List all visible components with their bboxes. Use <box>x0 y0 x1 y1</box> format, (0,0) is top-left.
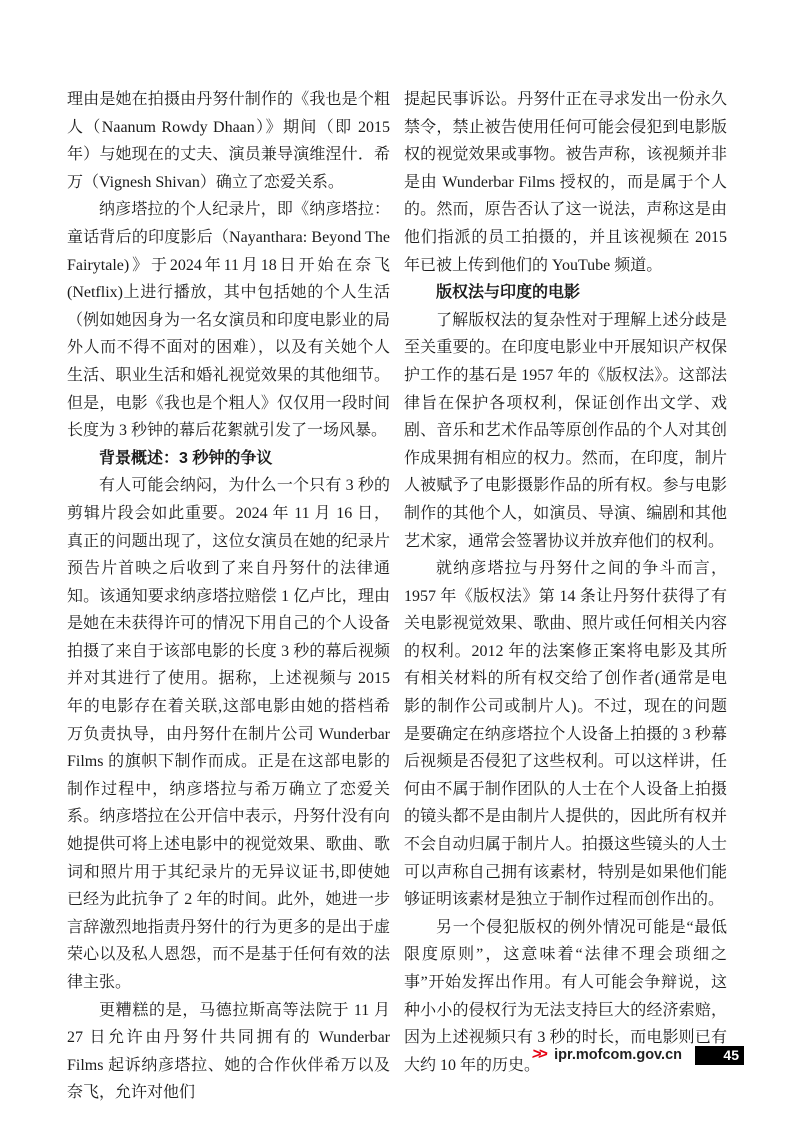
paragraph: 理由是她在拍摄由丹努什制作的《我也是个粗人（Naanum Rowdy Dhaan… <box>67 86 390 196</box>
left-column: 理由是她在拍摄由丹努什制作的《我也是个粗人（Naanum Rowdy Dhaan… <box>67 86 390 1107</box>
section-heading: 版权法与印度的电影 <box>404 279 727 307</box>
paragraph: 更糟糕的是，马德拉斯高等法院于 11 月 27 日允许由丹努什共同拥有的 Wun… <box>67 997 390 1107</box>
document-page-body: 理由是她在拍摄由丹努什制作的《我也是个粗人（Naanum Rowdy Dhaan… <box>67 86 727 1107</box>
double-chevron-right-icon: >> <box>531 1047 546 1063</box>
page-number-badge: 45 <box>695 1046 744 1065</box>
footer-site-url: ipr.mofcom.gov.cn <box>554 1048 682 1063</box>
paragraph: 纳彦塔拉的个人纪录片，即《纳彦塔拉：童话背后的印度影后（Nayanthara: … <box>67 196 390 444</box>
section-heading: 背景概述：3 秒钟的争议 <box>67 445 390 473</box>
paragraph: 了解版权法的复杂性对于理解上述分歧是至关重要的。在印度电影业中开展知识产权保护工… <box>404 307 727 555</box>
right-column: 提起民事诉讼。丹努什正在寻求发出一份永久禁令，禁止被告使用任何可能会侵犯到电影版… <box>404 86 727 1107</box>
paragraph: 提起民事诉讼。丹努什正在寻求发出一份永久禁令，禁止被告使用任何可能会侵犯到电影版… <box>404 86 727 279</box>
paragraph: 就纳彦塔拉与丹努什之间的争斗而言，1957 年《版权法》第 14 条让丹努什获得… <box>404 555 727 914</box>
paragraph: 有人可能会纳闷，为什么一个只有 3 秒的剪辑片段会如此重要。2024 年 11 … <box>67 472 390 996</box>
page-footer: >> ipr.mofcom.gov.cn 45 <box>532 1045 744 1065</box>
